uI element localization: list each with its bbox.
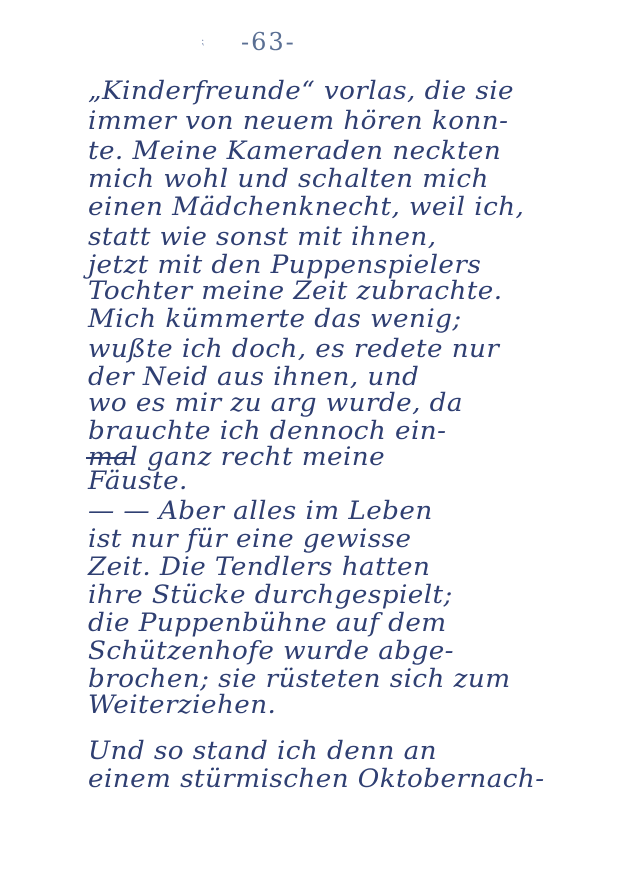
text-line: wo es mir zu arg wurde, da xyxy=(88,388,463,417)
text-line: Und so stand ich denn an xyxy=(88,736,437,765)
text-line: immer von neuem hören konn- xyxy=(88,106,508,135)
text-line: der Neid aus ihnen, und xyxy=(88,362,419,391)
text-line: statt wie sonst mit ihnen, xyxy=(88,222,437,251)
text-line: einem stürmischen Oktobernach- xyxy=(88,764,545,793)
manuscript-page: ⁏ -63- „Kinderfreunde“ vorlas, die sie i… xyxy=(0,0,632,874)
text-line: Tochter meine Zeit zubrachte. xyxy=(88,276,502,305)
text-line: brauchte ich dennoch ein- xyxy=(88,416,446,445)
underline-stroke xyxy=(86,457,132,459)
page-number: -63- xyxy=(241,28,296,56)
text-line: Mich kümmerte das wenig; xyxy=(88,304,462,333)
text-line: Schützenhofe wurde abge- xyxy=(88,636,454,665)
text-line: Weiterziehen. xyxy=(88,690,276,719)
text-line: — — Aber alles im Leben xyxy=(88,496,433,525)
text-line: mich wohl und schalten mich xyxy=(88,164,489,193)
text-line: Fäuste. xyxy=(88,466,188,495)
text-line: wußte ich doch, es redete nur xyxy=(88,334,499,363)
text-line: jetzt mit den Puppenspielers xyxy=(88,250,481,279)
text-line: „Kinderfreunde“ vorlas, die sie xyxy=(88,76,514,105)
text-line: brochen; sie rüsteten sich zum xyxy=(88,664,511,693)
text-line: Zeit. Die Tendlers hatten xyxy=(88,552,430,581)
stray-ink-mark: ⁏ xyxy=(201,38,205,52)
text-line: die Puppenbühne auf dem xyxy=(88,608,447,637)
text-line: te. Meine Kameraden neckten xyxy=(88,136,501,165)
text-line: einen Mädchenknecht, weil ich, xyxy=(88,192,524,221)
text-line: ist nur für eine gewisse xyxy=(88,524,411,553)
text-line: ihre Stücke durchgespielt; xyxy=(88,580,453,609)
